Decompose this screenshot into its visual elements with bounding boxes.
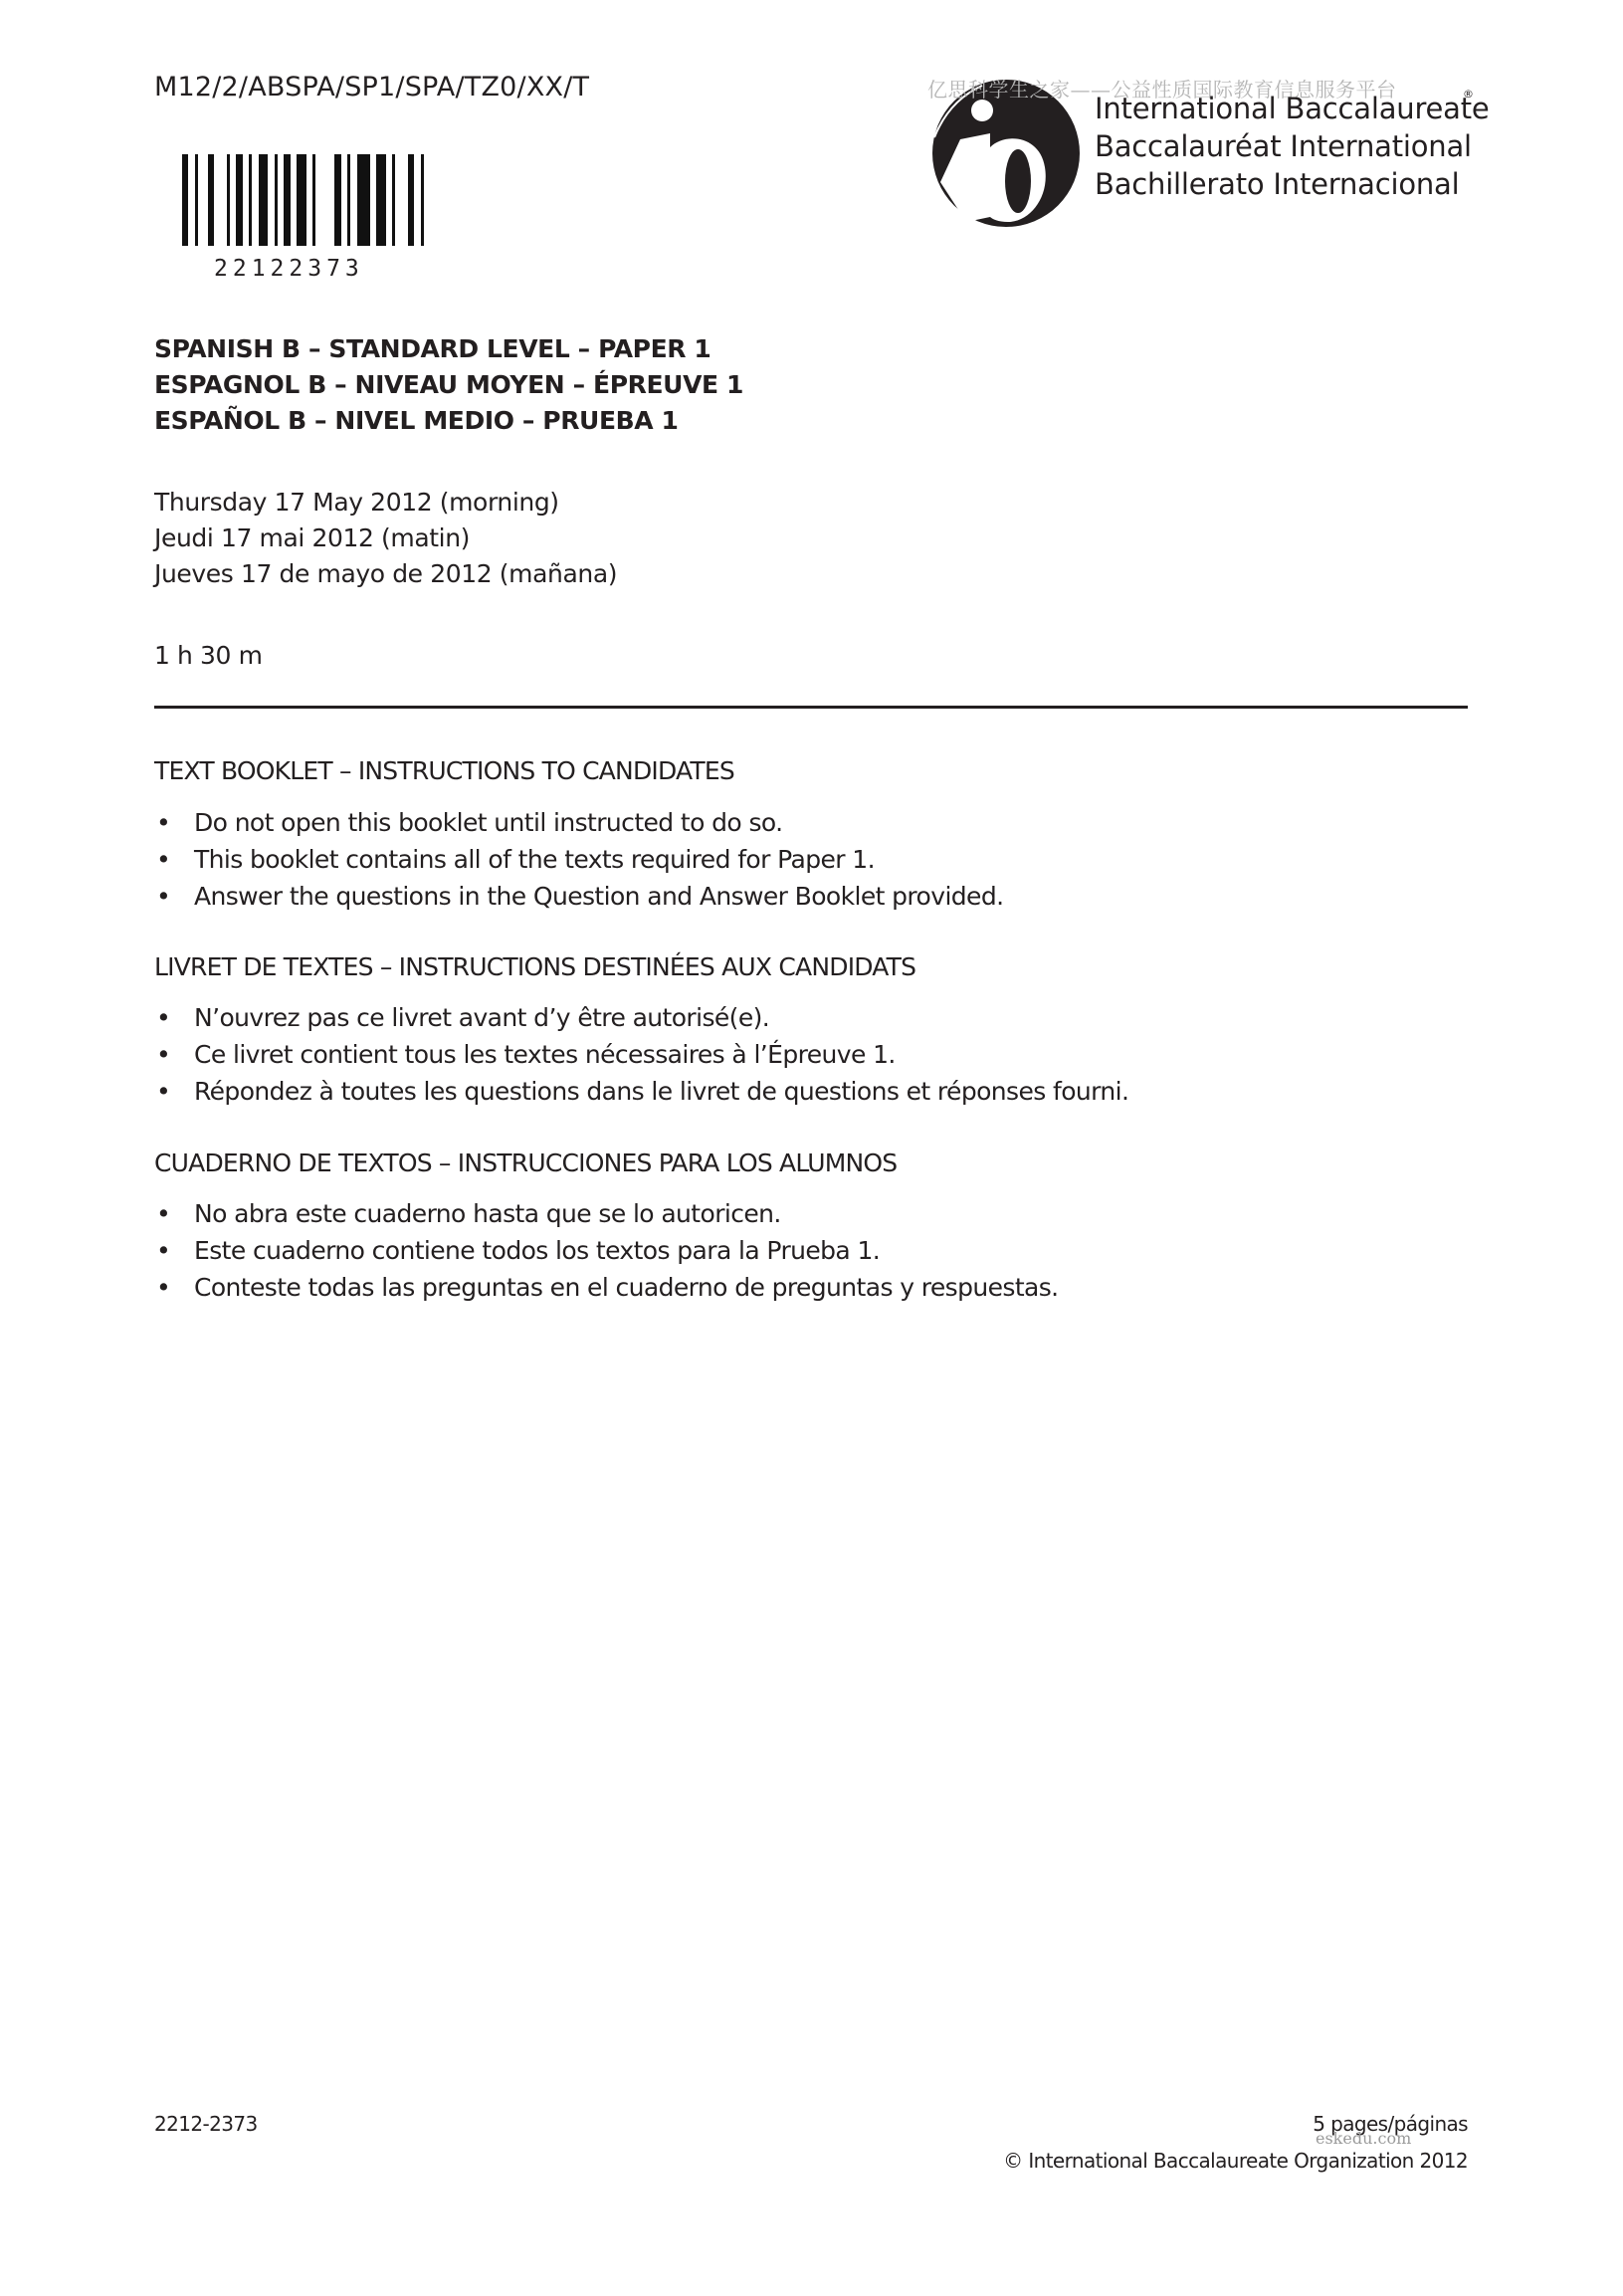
instruction-text: Answer the questions in the Question and… (194, 882, 1003, 911)
divider (154, 706, 1468, 709)
instruction-text: Do not open this booklet until instructe… (194, 808, 783, 837)
instruction-text: This booklet contains all of the texts r… (194, 845, 875, 874)
bullet-icon: • (156, 841, 170, 878)
list-item: •Do not open this booklet until instruct… (154, 804, 1003, 841)
list-item: •No abra este cuaderno hasta que se lo a… (154, 1195, 1059, 1232)
registered-mark: ® (1463, 88, 1474, 101)
copyright-notice: © International Baccalaureate Organizati… (1003, 2149, 1468, 2173)
list-item: •Answer the questions in the Question an… (154, 878, 1003, 915)
instruction-text: Conteste todas las preguntas en el cuade… (194, 1273, 1059, 1302)
section-heading-english: TEXT BOOKLET – INSTRUCTIONS TO CANDIDATE… (154, 756, 734, 785)
bullet-icon: • (156, 999, 170, 1036)
list-item: •Conteste todas las preguntas en el cuad… (154, 1269, 1059, 1306)
org-name-english: International Baccalaureate (1095, 92, 1490, 125)
instruction-text: Ce livret contient tous les textes néces… (194, 1040, 896, 1069)
instructions-french: •N’ouvrez pas ce livret avant d’y être a… (154, 999, 1128, 1110)
date-spanish: Jueves 17 de mayo de 2012 (mañana) (154, 559, 617, 588)
barcode (182, 154, 429, 246)
list-item: •N’ouvrez pas ce livret avant d’y être a… (154, 999, 1128, 1036)
date-english: Thursday 17 May 2012 (morning) (154, 488, 559, 517)
bullet-icon: • (156, 878, 170, 915)
title-french: ESPAGNOL B – NIVEAU MOYEN – ÉPREUVE 1 (154, 370, 743, 399)
date-french: Jeudi 17 mai 2012 (matin) (154, 523, 470, 552)
org-name-spanish: Bachillerato Internacional (1095, 167, 1460, 201)
instructions-spanish: •No abra este cuaderno hasta que se lo a… (154, 1195, 1059, 1306)
org-name-french: Baccalauréat International (1095, 129, 1472, 163)
title-spanish: ESPAÑOL B – NIVEL MEDIO – PRUEBA 1 (154, 406, 679, 435)
bullet-icon: • (156, 1036, 170, 1073)
bullet-icon: • (156, 1269, 170, 1306)
paper-code: M12/2/ABSPA/SP1/SPA/TZ0/XX/T (154, 72, 589, 103)
bullet-icon: • (156, 804, 170, 841)
exam-duration: 1 h 30 m (154, 641, 263, 670)
instruction-text: No abra este cuaderno hasta que se lo au… (194, 1199, 781, 1228)
list-item: •Este cuaderno contiene todos los textos… (154, 1232, 1059, 1269)
section-heading-french: LIVRET DE TEXTES – INSTRUCTIONS DESTINÉE… (154, 952, 915, 981)
section-heading-spanish: CUADERNO DE TEXTOS – INSTRUCCIONES PARA … (154, 1148, 897, 1177)
document-number: 2212-2373 (154, 2112, 258, 2136)
bullet-icon: • (156, 1232, 170, 1269)
instruction-text: Répondez à toutes les questions dans le … (194, 1077, 1128, 1106)
list-item: •Ce livret contient tous les textes néce… (154, 1036, 1128, 1073)
footer-watermark: eskedu.com (1316, 2129, 1411, 2148)
barcode-number: 22122373 (214, 256, 364, 282)
bullet-icon: • (156, 1073, 170, 1110)
instruction-text: Este cuaderno contiene todos los textos … (194, 1236, 880, 1265)
instructions-english: •Do not open this booklet until instruct… (154, 804, 1003, 915)
list-item: •This booklet contains all of the texts … (154, 841, 1003, 878)
instruction-text: N’ouvrez pas ce livret avant d’y être au… (194, 1003, 769, 1032)
bullet-icon: • (156, 1195, 170, 1232)
title-english: SPANISH B – STANDARD LEVEL – PAPER 1 (154, 334, 710, 363)
list-item: •Répondez à toutes les questions dans le… (154, 1073, 1128, 1110)
